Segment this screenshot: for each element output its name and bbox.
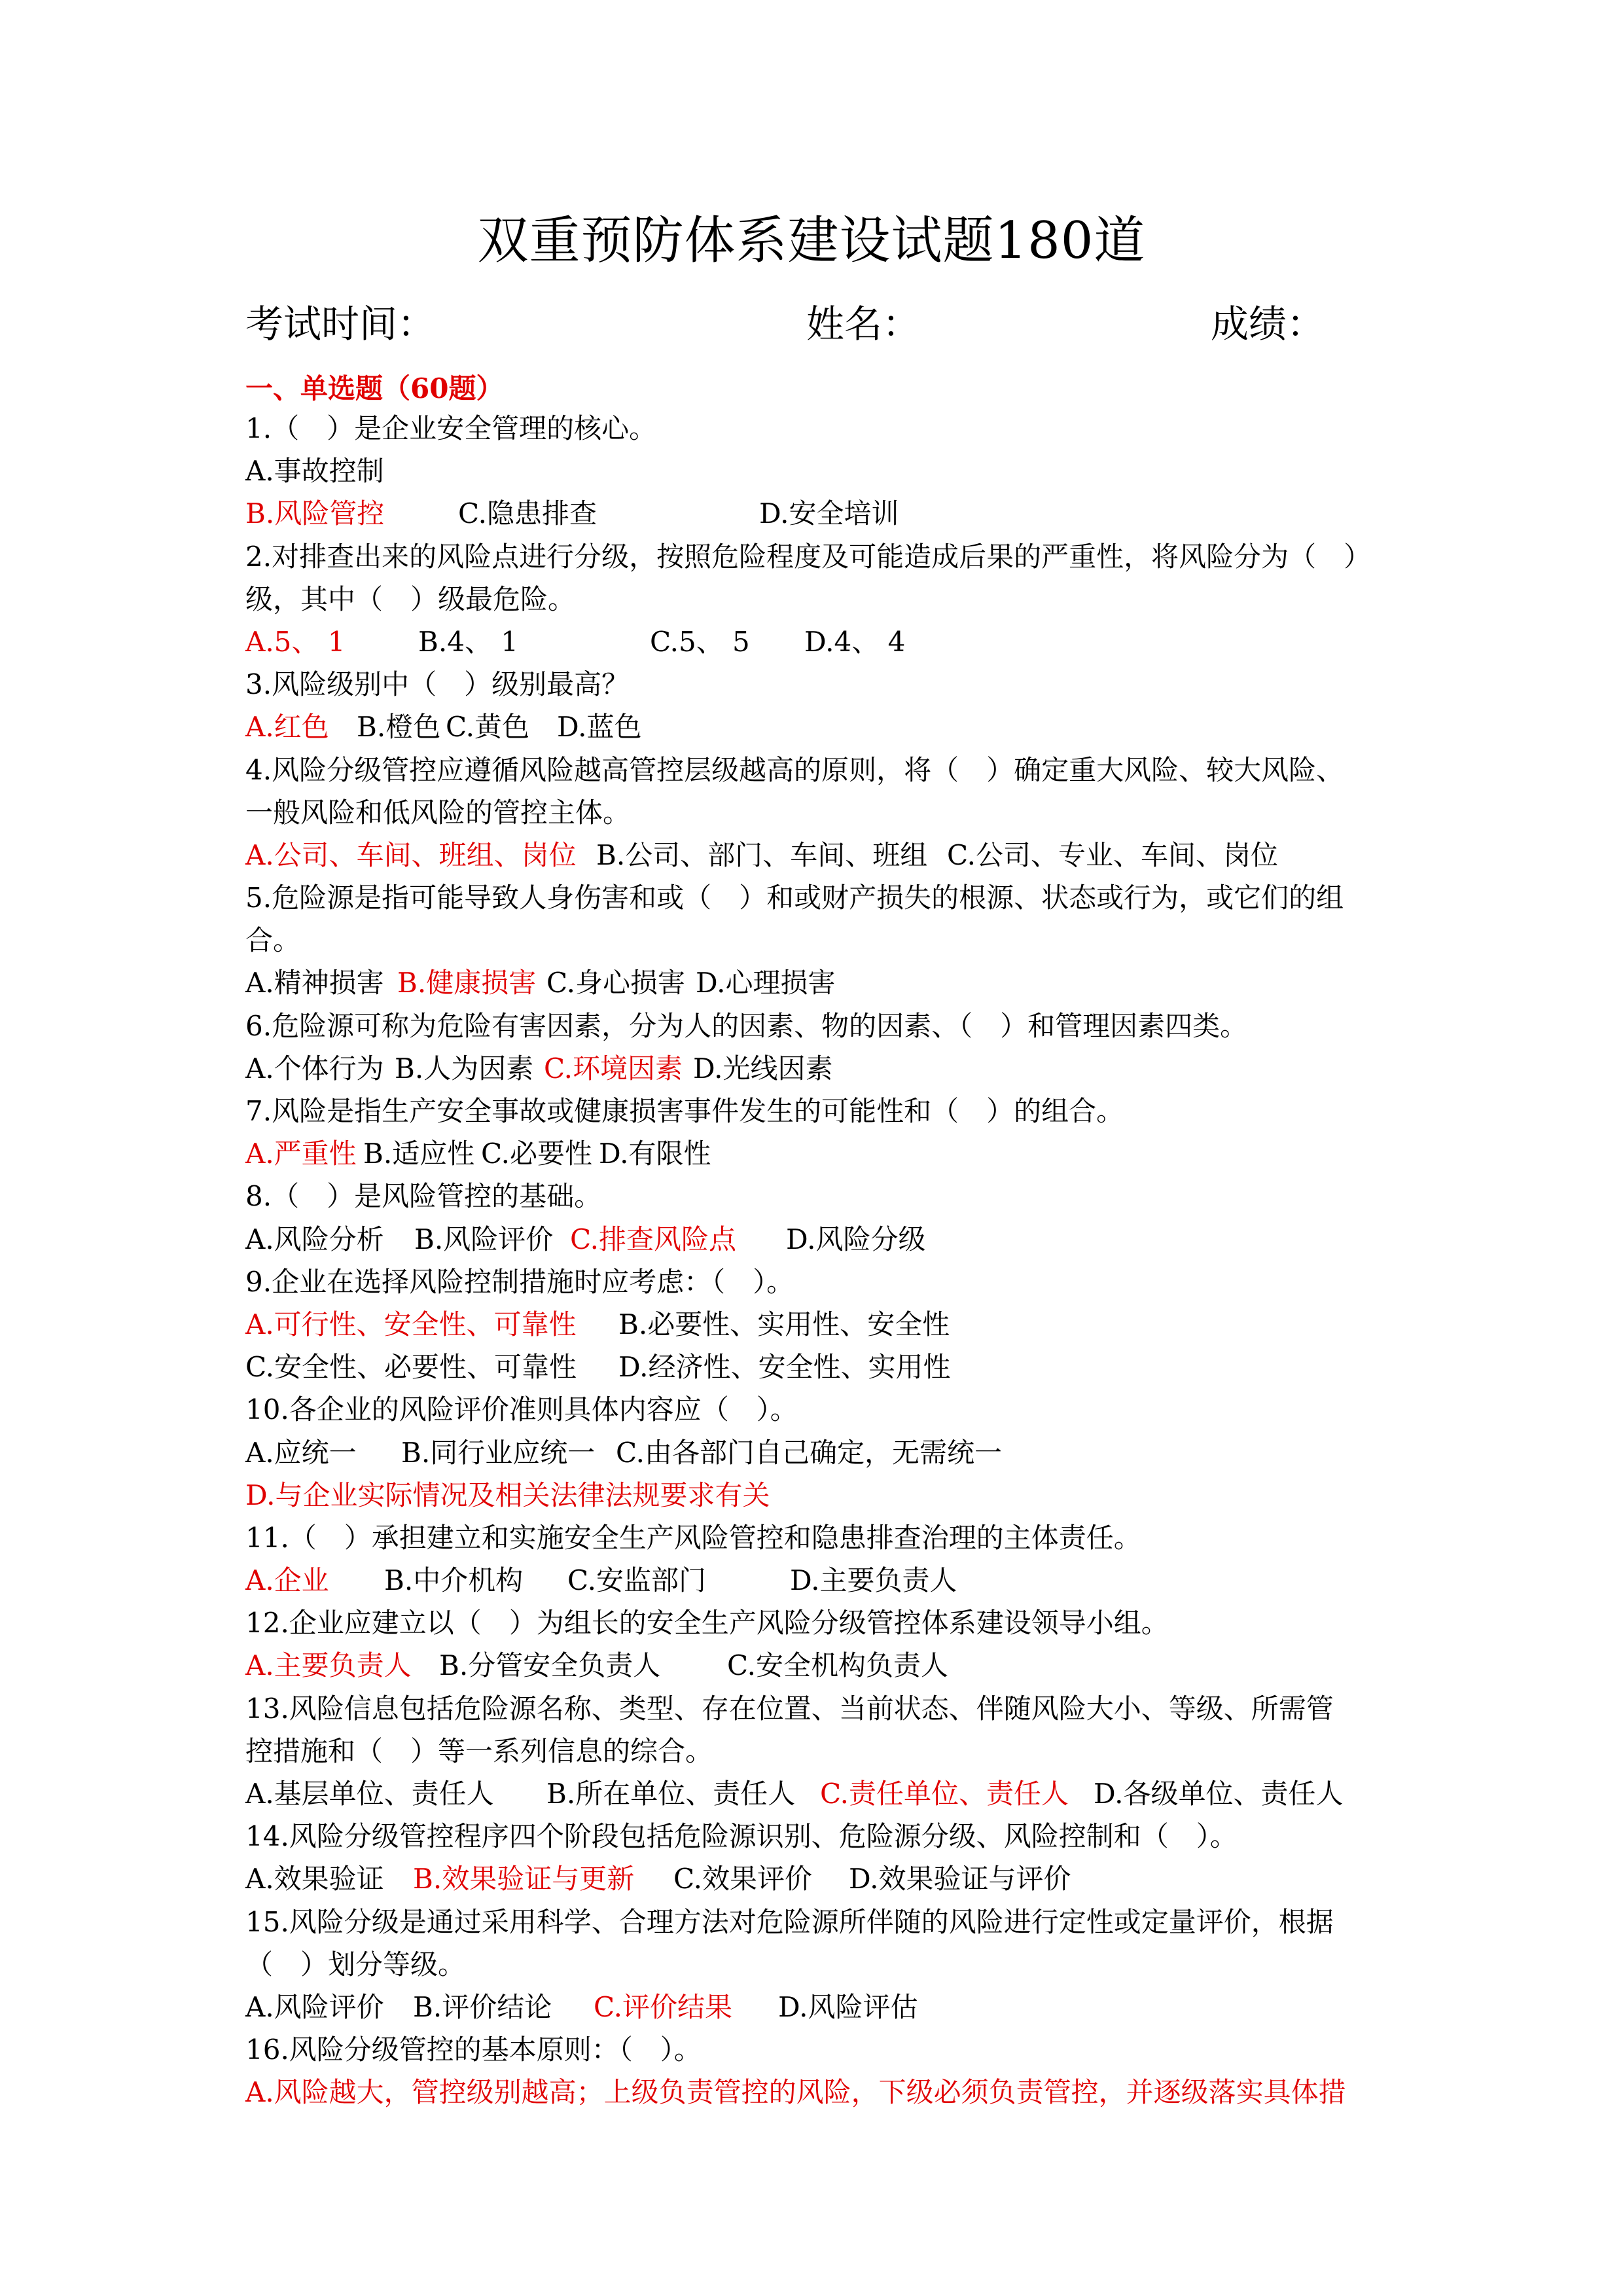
text-segment: B.人为因素 xyxy=(395,1049,544,1089)
exam-time-label: 考试时间： xyxy=(245,298,435,350)
text-segment: D.效果验证与评价 xyxy=(849,1859,1071,1899)
correct-answer-option: A.企业 xyxy=(245,1560,384,1601)
score-label: 成绩： xyxy=(1211,298,1325,350)
correct-answer-option: A.可行性、安全性、可靠性 xyxy=(245,1304,618,1345)
text-line: A.5、 1B.4、 1C.5、 5D.4、 4 xyxy=(245,622,1404,664)
document-title: 双重预防体系建设试题180道 xyxy=(0,208,1623,274)
text-segment: A.基层单位、责任人 xyxy=(245,1774,546,1814)
text-line: 14.风险分级管控程序四个阶段包括危险源识别、危险源分级、风险控制和（ ）。 xyxy=(245,1816,1404,1859)
text-line: B.风险管控C.隐患排查D.安全培训 xyxy=(245,493,1404,536)
text-segment: B.所在单位、责任人 xyxy=(546,1774,820,1814)
text-segment: 7.风险是指生产安全事故或健康损害事件发生的可能性和（ ）的组合。 xyxy=(245,1091,1124,1132)
text-segment: C.必要性 xyxy=(481,1134,599,1174)
correct-answer-option: C.排查风险点 xyxy=(570,1219,786,1260)
text-segment: C.安全性、必要性、可靠性 xyxy=(245,1347,618,1388)
text-line: D.与企业实际情况及相关法律法规要求有关 xyxy=(245,1475,1404,1518)
text-segment: C.效果评价 xyxy=(673,1859,849,1899)
correct-answer-option: A.风险越大，管控级别越高；上级负责管控的风险，下级必须负责管控，并逐级落实具体… xyxy=(245,2072,1346,2113)
text-segment: B.风险评价 xyxy=(414,1219,570,1260)
text-segment: A.效果验证 xyxy=(245,1859,413,1899)
text-segment: D.各级单位、责任人 xyxy=(1094,1774,1344,1814)
text-segment: B.适应性 xyxy=(363,1134,481,1174)
exam-page: 双重预防体系建设试题180道 考试时间： 姓名： 成绩： 一、单选题（60题） … xyxy=(0,0,1623,2296)
text-segment: 2.对排查出来的风险点进行分级，按照危险程度及可能造成后果的严重性，将风险分为（… xyxy=(245,537,1371,577)
text-segment: C.安监部门 xyxy=(567,1560,790,1601)
text-line: 16.风险分级管控的基本原则：（ ）。 xyxy=(245,2030,1404,2072)
text-segment: D.光线因素 xyxy=(693,1049,833,1089)
text-segment: D.主要负责人 xyxy=(790,1560,957,1601)
text-segment: C.黄色 xyxy=(446,707,557,747)
text-segment: （ ）划分等级。 xyxy=(245,1945,465,1985)
text-segment: C.由各部门自己确定，无需统一 xyxy=(616,1433,1002,1473)
text-line: A.效果验证B.效果验证与更新C.效果评价D.效果验证与评价 xyxy=(245,1859,1404,1901)
text-line: 级，其中（ ）级最危险。 xyxy=(245,579,1404,622)
text-segment: B.4、 1 xyxy=(418,622,650,662)
text-segment: 13.风险信息包括危险源名称、类型、存在位置、当前状态、伴随风险大小、等级、所需… xyxy=(245,1689,1334,1729)
text-segment: 10.各企业的风险评价准则具体内容应（ ）。 xyxy=(245,1390,798,1430)
text-line: 7.风险是指生产安全事故或健康损害事件发生的可能性和（ ）的组合。 xyxy=(245,1091,1404,1134)
text-segment: D.4、 4 xyxy=(804,622,905,662)
text-segment: A.个体行为 xyxy=(245,1049,395,1089)
text-segment: D.经济性、安全性、实用性 xyxy=(618,1347,951,1388)
text-segment: 9.企业在选择风险控制措施时应考虑：（ ）。 xyxy=(245,1262,794,1302)
correct-answer-option: C.环境因素 xyxy=(544,1049,693,1089)
text-segment: 一般风险和低风险的管控主体。 xyxy=(245,793,630,833)
text-line: 合。 xyxy=(245,920,1404,963)
text-segment: 1.（ ）是企业安全管理的核心。 xyxy=(245,408,656,449)
text-line: A.风险分析B.风险评价C.排查风险点D.风险分级 xyxy=(245,1219,1404,1262)
name-label: 姓名： xyxy=(806,298,920,350)
correct-answer-option: C.责任单位、责任人 xyxy=(820,1774,1094,1814)
text-line: C.安全性、必要性、可靠性D.经济性、安全性、实用性 xyxy=(245,1347,1404,1390)
question-list: 1.（ ）是企业安全管理的核心。A.事故控制B.风险管控C.隐患排查D.安全培训… xyxy=(245,408,1404,2115)
text-segment: 4.风险分级管控应遵循风险越高管控层级越高的原则，将（ ）确定重大风险、较大风险… xyxy=(245,750,1344,791)
text-segment: B.橙色 xyxy=(357,707,446,747)
text-segment: C.身心损害 xyxy=(546,963,696,1003)
text-segment: B.分管安全负责人 xyxy=(439,1645,727,1686)
text-segment: B.中介机构 xyxy=(384,1560,567,1601)
text-line: 10.各企业的风险评价准则具体内容应（ ）。 xyxy=(245,1390,1404,1432)
text-segment: C.隐患排查 xyxy=(458,493,759,534)
text-line: 1.（ ）是企业安全管理的核心。 xyxy=(245,408,1404,451)
text-segment: 5.危险源是指可能导致人身伤害和或（ ）和或财产损失的根源、状态或行为，或它们的… xyxy=(245,878,1344,918)
text-line: 11.（ ）承担建立和实施安全生产风险管控和隐患排查治理的主体责任。 xyxy=(245,1518,1404,1560)
correct-answer-option: A.5、 1 xyxy=(245,622,418,662)
text-line: A.企业B.中介机构C.安监部门D.主要负责人 xyxy=(245,1560,1404,1603)
text-segment: D.有限性 xyxy=(599,1134,711,1174)
text-line: A.精神损害B.健康损害C.身心损害D.心理损害 xyxy=(245,963,1404,1005)
correct-answer-option: C.评价结果 xyxy=(594,1987,778,2028)
text-segment: 14.风险分级管控程序四个阶段包括危险源识别、危险源分级、风险控制和（ ）。 xyxy=(245,1816,1238,1857)
correct-answer-option: A.红色 xyxy=(245,707,357,747)
text-line: 8.（ ）是风险管控的基础。 xyxy=(245,1176,1404,1219)
text-segment: A.应统一 xyxy=(245,1433,401,1473)
correct-answer-option: B.健康损害 xyxy=(397,963,546,1003)
text-segment: D.安全培训 xyxy=(759,493,899,534)
text-line: A.严重性B.适应性C.必要性D.有限性 xyxy=(245,1134,1404,1176)
correct-answer-option: A.公司、车间、班组、岗位 xyxy=(245,835,596,876)
section-heading-single-choice: 一、单选题（60题） xyxy=(245,370,503,407)
text-segment: D.蓝色 xyxy=(557,707,642,747)
text-segment: 3.风险级别中（ ）级别最高？ xyxy=(245,664,629,705)
text-line: A.公司、车间、班组、岗位B.公司、部门、车间、班组C.公司、专业、车间、岗位 xyxy=(245,835,1404,878)
text-segment: A.事故控制 xyxy=(245,451,384,492)
text-segment: C.公司、专业、车间、岗位 xyxy=(947,835,1278,876)
correct-answer-option: A.主要负责人 xyxy=(245,1645,439,1686)
text-segment: A.风险评价 xyxy=(245,1987,413,2028)
text-segment: A.精神损害 xyxy=(245,963,397,1003)
text-line: A.可行性、安全性、可靠性B.必要性、实用性、安全性 xyxy=(245,1304,1404,1347)
text-line: 6.危险源可称为危险有害因素，分为人的因素、物的因素、（ ）和管理因素四类。 xyxy=(245,1006,1404,1049)
text-segment: 12.企业应建立以（ ）为组长的安全生产风险分级管控体系建设领导小组。 xyxy=(245,1603,1169,1643)
text-segment: 11.（ ）承担建立和实施安全生产风险管控和隐患排查治理的主体责任。 xyxy=(245,1518,1141,1558)
text-line: 15.风险分级是通过采用科学、合理方法对危险源所伴随的风险进行定性或定量评价，根… xyxy=(245,1902,1404,1945)
text-line: 9.企业在选择风险控制措施时应考虑：（ ）。 xyxy=(245,1262,1404,1304)
text-line: 控措施和（ ）等一系列信息的综合。 xyxy=(245,1731,1404,1774)
text-line: （ ）划分等级。 xyxy=(245,1945,1404,1987)
text-segment: 控措施和（ ）等一系列信息的综合。 xyxy=(245,1731,713,1772)
text-line: A.应统一B.同行业应统一C.由各部门自己确定，无需统一 xyxy=(245,1433,1404,1475)
text-segment: D.心理损害 xyxy=(696,963,836,1003)
correct-answer-option: B.效果验证与更新 xyxy=(413,1859,673,1899)
text-segment: D.风险分级 xyxy=(786,1219,926,1260)
text-segment: 16.风险分级管控的基本原则：（ ）。 xyxy=(245,2030,702,2070)
text-segment: 8.（ ）是风险管控的基础。 xyxy=(245,1176,601,1217)
text-segment: 合。 xyxy=(245,920,300,961)
text-line: A.风险越大，管控级别越高；上级负责管控的风险，下级必须负责管控，并逐级落实具体… xyxy=(245,2072,1404,2115)
text-segment: 15.风险分级是通过采用科学、合理方法对危险源所伴随的风险进行定性或定量评价，根… xyxy=(245,1902,1334,1943)
text-segment: B.必要性、实用性、安全性 xyxy=(618,1304,950,1345)
text-line: A.风险评价B.评价结论C.评价结果D.风险评估 xyxy=(245,1987,1404,2030)
text-segment: B.评价结论 xyxy=(413,1987,594,2028)
text-line: A.事故控制 xyxy=(245,451,1404,493)
text-line: 2.对排查出来的风险点进行分级，按照危险程度及可能造成后果的严重性，将风险分为（… xyxy=(245,537,1404,579)
text-line: A.红色B.橙色C.黄色D.蓝色 xyxy=(245,707,1404,749)
text-segment: 6.危险源可称为危险有害因素，分为人的因素、物的因素、（ ）和管理因素四类。 xyxy=(245,1006,1247,1047)
text-line: A.个体行为B.人为因素C.环境因素D.光线因素 xyxy=(245,1049,1404,1091)
correct-answer-option: B.风险管控 xyxy=(245,493,458,534)
text-segment: D.风险评估 xyxy=(778,1987,918,2028)
text-line: 一般风险和低风险的管控主体。 xyxy=(245,793,1404,835)
text-line: 5.危险源是指可能导致人身伤害和或（ ）和或财产损失的根源、状态或行为，或它们的… xyxy=(245,878,1404,920)
text-line: 13.风险信息包括危险源名称、类型、存在位置、当前状态、伴随风险大小、等级、所需… xyxy=(245,1689,1404,1731)
text-line: 12.企业应建立以（ ）为组长的安全生产风险分级管控体系建设领导小组。 xyxy=(245,1603,1404,1645)
text-line: 3.风险级别中（ ）级别最高？ xyxy=(245,664,1404,707)
text-segment: 级，其中（ ）级最危险。 xyxy=(245,579,575,620)
text-segment: A.风险分析 xyxy=(245,1219,414,1260)
text-segment: C.5、 5 xyxy=(650,622,804,662)
text-line: 4.风险分级管控应遵循风险越高管控层级越高的原则，将（ ）确定重大风险、较大风险… xyxy=(245,750,1404,793)
correct-answer-option: D.与企业实际情况及相关法律法规要求有关 xyxy=(245,1475,770,1516)
text-segment: B.公司、部门、车间、班组 xyxy=(596,835,947,876)
text-segment: B.同行业应统一 xyxy=(401,1433,616,1473)
text-line: A.主要负责人B.分管安全负责人C.安全机构负责人 xyxy=(245,1645,1404,1688)
text-segment: C.安全机构负责人 xyxy=(727,1645,948,1686)
text-line: A.基层单位、责任人B.所在单位、责任人C.责任单位、责任人D.各级单位、责任人 xyxy=(245,1774,1404,1816)
correct-answer-option: A.严重性 xyxy=(245,1134,363,1174)
